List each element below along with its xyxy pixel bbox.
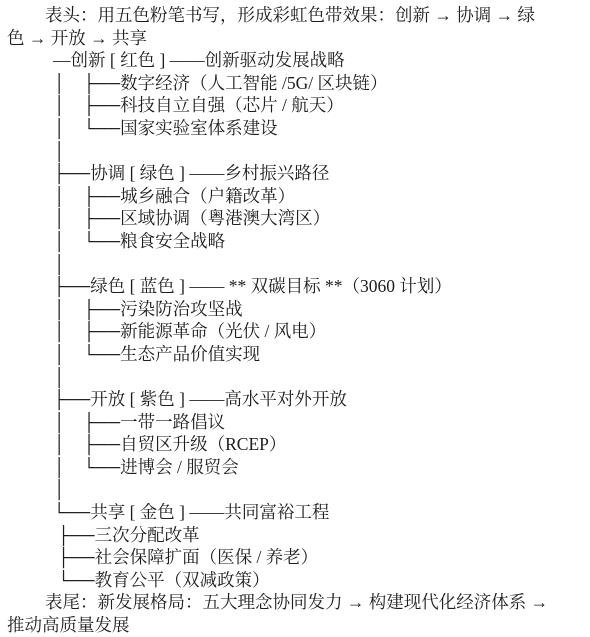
tree-child-line: └──教育公平（双减政策）	[7, 569, 586, 592]
tree-child-line: │ ├──区域协调（粤港澳大湾区）	[7, 207, 586, 230]
tree-child-line: │ ├──城乡融合（户籍改革）	[7, 185, 586, 208]
tree-connector-line: │	[7, 253, 586, 276]
tree-branch-line: └──共享 [ 金色 ] ——共同富裕工程	[7, 501, 586, 524]
document-page: 表头：用五色粉笔书写，形成彩虹色带效果：创新 → 协调 → 绿色 → 开放 → …	[0, 0, 590, 637]
footer-line: 表尾：新发展格局：五大理念协同发力 → 构建现代化经济体系 →	[7, 591, 586, 614]
tree-child-line: │ ├──一带一路倡议	[7, 411, 586, 434]
tree-child-line: │ ├──科技自立自强（芯片 / 航天）	[7, 94, 586, 117]
tree-child-line: │ ├──自贸区升级（RCEP）	[7, 433, 586, 456]
tree-child-line: ├──社会保障扩面（医保 / 养老）	[7, 546, 586, 569]
tree-connector-line: │	[7, 478, 586, 501]
tree-branch-line: ├──绿色 [ 蓝色 ] —— ** 双碳目标 **（3060 计划）	[7, 275, 586, 298]
tree-child-line: │ ├──新能源革命（光伏 / 风电）	[7, 320, 586, 343]
tree-branch-line: ├──协调 [ 绿色 ] ——乡村振兴路径	[7, 162, 586, 185]
tree-child-line: │ └──进博会 / 服贸会	[7, 456, 586, 479]
footer-line-wrap: 推动高质量发展	[7, 614, 586, 637]
tree-branch-line: —创新 [ 红色 ] ——创新驱动发展战略	[7, 49, 586, 72]
tree-child-line: ├──三次分配改革	[7, 524, 586, 547]
header-line: 表头：用五色粉笔书写，形成彩虹色带效果：创新 → 协调 → 绿	[7, 4, 586, 27]
tree-child-line: │ └──生态产品价值实现	[7, 343, 586, 366]
tree-child-line: │ └──粮食安全战略	[7, 230, 586, 253]
document-lines: 表头：用五色粉笔书写，形成彩虹色带效果：创新 → 协调 → 绿色 → 开放 → …	[7, 4, 586, 637]
tree-child-line: │ └──国家实验室体系建设	[7, 117, 586, 140]
tree-branch-line: ├──开放 [ 紫色 ] ——高水平对外开放	[7, 388, 586, 411]
tree-connector-line: │	[7, 140, 586, 163]
tree-connector-line: │	[7, 366, 586, 389]
tree-child-line: │ ├──数字经济（人工智能 /5G/ 区块链）	[7, 72, 586, 95]
tree-child-line: │ ├──污染防治攻坚战	[7, 298, 586, 321]
header-line-wrap: 色 → 开放 → 共享	[7, 27, 586, 50]
